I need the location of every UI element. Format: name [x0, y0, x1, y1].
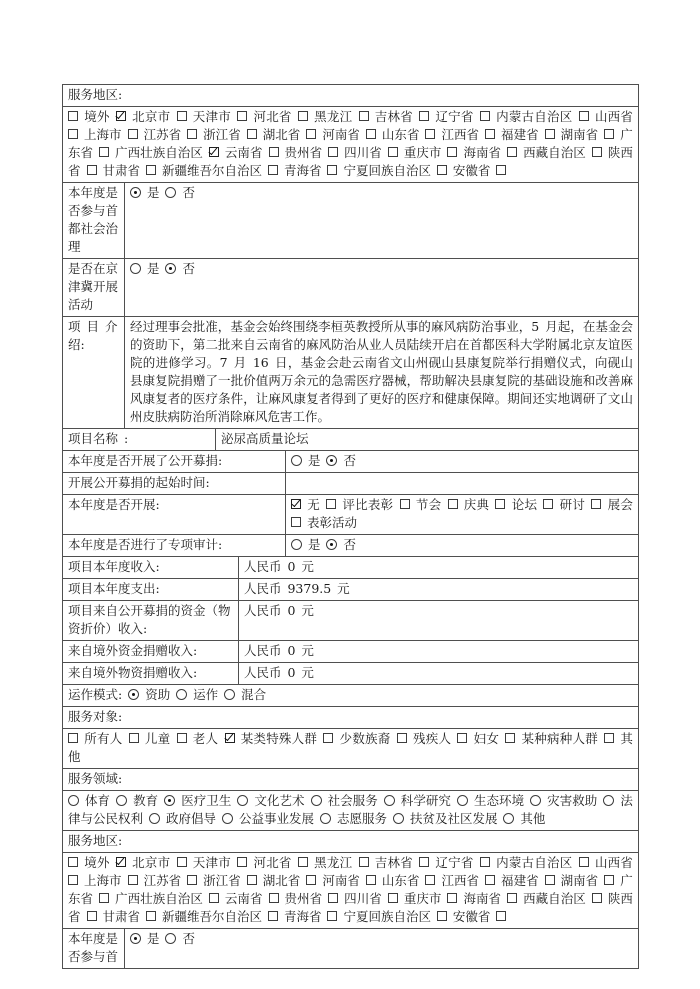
- public-fund-income-label: 项目来自公开募捐的资金（物资折价）收入:: [63, 601, 239, 640]
- operation-mode-options: 资助 运作 混合: [122, 687, 266, 702]
- overseas-goods-income-value: 人民币 0 元: [239, 663, 638, 684]
- row-income: 项目本年度收入: 人民币 0 元: [63, 556, 638, 578]
- checkbox-option: 福建省: [485, 127, 539, 142]
- checkbox-icon: [269, 893, 279, 903]
- checkbox-option: 境外: [68, 855, 110, 870]
- checkbox-icon: [187, 875, 197, 885]
- checkbox-option: 庆典: [448, 497, 490, 512]
- radio-icon: [457, 795, 468, 806]
- overseas-fund-income-label: 来自境外资金捐赠收入:: [63, 641, 239, 662]
- checkbox-option: 重庆市: [388, 145, 442, 160]
- radio-icon: [503, 813, 514, 824]
- checkbox-option: 某类特殊人群: [225, 731, 318, 746]
- row-project-intro: 项 目 介 绍: 经过理事会批准，基金会始终围绕李桓英教授所从事的麻风病防治事业…: [63, 316, 638, 428]
- checkbox-icon: [457, 733, 467, 743]
- checkbox-option: 新疆维吾尔自治区: [146, 909, 262, 924]
- checkbox-icon: [327, 911, 337, 921]
- option-label: 扶贫及社区发展: [410, 811, 498, 826]
- checkbox-icon: [326, 499, 336, 509]
- option-label: 展会: [608, 497, 633, 512]
- option-label: 境外: [84, 109, 109, 124]
- row-project-name: 项目名称 : 泌尿高质量论坛: [63, 428, 638, 450]
- checkbox-option: 内蒙古自治区: [480, 109, 573, 124]
- checkbox-icon: [419, 111, 429, 121]
- checkbox-option: 残疾人: [397, 731, 451, 746]
- public-fundraising-label: 本年度是否开展了公开募捐:: [63, 451, 286, 472]
- option-label: 运作: [193, 687, 218, 702]
- checkbox-option: 青海省: [268, 909, 322, 924]
- radio-option: 生态环境: [457, 793, 524, 808]
- checkbox-option: 浙江省: [187, 127, 241, 142]
- option-label: 表彰活动: [307, 515, 357, 530]
- radio-selected-icon: [130, 933, 141, 944]
- option-label: 云南省: [225, 145, 263, 160]
- checkbox-option: 黑龙江: [298, 855, 352, 870]
- checkbox-checked-icon: [225, 733, 235, 743]
- overseas-goods-income-label: 来自境外物资捐赠收入:: [63, 663, 239, 684]
- capital-governance-2-label: 本年度是否参与首: [63, 929, 125, 968]
- option-label: 所有人: [84, 731, 122, 746]
- option-label: 山东省: [382, 127, 420, 142]
- checkbox-option: 境外: [68, 109, 110, 124]
- radio-icon: [530, 795, 541, 806]
- option-label: 境外: [84, 855, 109, 870]
- checkbox-option: 山东省: [366, 127, 420, 142]
- radio-icon: [320, 813, 331, 824]
- checkbox-icon: [388, 147, 398, 157]
- checkbox-icon: [604, 733, 614, 743]
- radio-option: 扶贫及社区发展: [393, 811, 498, 826]
- checkbox-option: 表彰活动: [291, 515, 357, 530]
- option-label: 安徽省: [453, 909, 491, 924]
- option-label: 贵州省: [285, 891, 323, 906]
- checkbox-icon: [437, 165, 447, 175]
- checkbox-icon: [146, 911, 156, 921]
- checkbox-icon: [68, 111, 78, 121]
- checkbox-option: 内蒙古自治区: [480, 855, 573, 870]
- checkbox-option: 北京市: [116, 109, 170, 124]
- row-service-field-header: 服务领域:: [63, 768, 638, 790]
- radio-icon: [224, 689, 235, 700]
- radio-option: 是: [291, 537, 321, 552]
- service-target-label: 服务对象:: [63, 707, 638, 728]
- option-label: 混合: [241, 687, 266, 702]
- checkbox-icon: [146, 165, 156, 175]
- checkbox-icon: [388, 893, 398, 903]
- checkbox-icon: [177, 733, 187, 743]
- option-label: 内蒙古自治区: [496, 109, 572, 124]
- option-label: 浙江省: [203, 127, 241, 142]
- checkbox-option: 山西省: [579, 109, 633, 124]
- radio-option: 资助: [128, 687, 170, 702]
- option-label: 灾害救助: [547, 793, 597, 808]
- option-label: 否: [182, 261, 195, 276]
- checkbox-icon: [177, 857, 187, 867]
- row-service-field-options: 体育 教育 医疗卫生 文化艺术 社会服务 科学研究 生态环境 灾害救助 法律与公…: [63, 790, 638, 830]
- option-label: 江苏省: [144, 127, 182, 142]
- checkbox-icon: [604, 129, 614, 139]
- public-fundraising-value: 是 否: [286, 451, 638, 472]
- checkbox-icon: [68, 875, 78, 885]
- option-label: 福建省: [501, 873, 539, 888]
- radio-option: 体育: [68, 793, 110, 808]
- checkbox-option: 广西壮族自治区: [99, 145, 203, 160]
- checkbox-option: 河北省: [237, 855, 291, 870]
- checkbox-icon: [496, 911, 506, 921]
- checkbox-option: 云南省: [209, 145, 263, 160]
- checkbox-option: 少数族裔: [323, 731, 390, 746]
- operation-mode-label: 运作模式:: [68, 687, 122, 702]
- checkbox-option: 展会: [591, 497, 632, 512]
- radio-selected-icon: [165, 263, 176, 274]
- option-label: 无: [307, 497, 320, 512]
- radio-option: 是: [130, 185, 160, 200]
- option-label: 某类特殊人群: [241, 731, 317, 746]
- income-label: 项目本年度收入:: [63, 557, 239, 578]
- checkbox-checked-icon: [209, 147, 219, 157]
- checkbox-icon: [397, 733, 407, 743]
- checkbox-option: 安徽省: [437, 909, 491, 924]
- option-label: 福建省: [501, 127, 539, 142]
- row-service-area-2-options: 境外 北京市 天津市 河北省 黑龙江 吉林省 辽宁省 内蒙古自治区 山西省 上海…: [63, 852, 638, 928]
- checkbox-checked-icon: [116, 857, 126, 867]
- checkbox-icon: [237, 857, 247, 867]
- checkbox-icon: [328, 147, 338, 157]
- checkbox-option: 湖南省: [545, 873, 599, 888]
- checkbox-option: 海南省: [447, 891, 501, 906]
- option-label: 新疆维吾尔自治区: [162, 163, 262, 178]
- project-intro-label: 项 目 介 绍:: [63, 317, 125, 428]
- option-label: 体育: [85, 793, 110, 808]
- option-label: 山东省: [382, 873, 420, 888]
- row-public-fund-income: 项目来自公开募捐的资金（物资折价）收入: 人民币 0 元: [63, 600, 638, 640]
- checkbox-option: 天津市: [177, 109, 231, 124]
- capital-governance-2-value: 是 否: [125, 929, 638, 968]
- radio-icon: [68, 795, 79, 806]
- row-service-target-options: 所有人 儿童 老人 某类特殊人群 少数族裔 残疾人 妇女 某种病种人群 其他: [63, 728, 638, 768]
- fundraising-start-label: 开展公开募捐的起始时间:: [63, 473, 286, 494]
- radio-option: 灾害救助: [530, 793, 597, 808]
- project-name-label: 项目名称 :: [63, 429, 216, 450]
- checkbox-option: 甘肃省: [87, 909, 141, 924]
- checkbox-icon: [485, 129, 495, 139]
- row-special-audit: 本年度是否进行了专项审计: 是 否: [63, 534, 638, 556]
- checkbox-option: 河南省: [306, 127, 360, 142]
- checkbox-icon: [68, 129, 78, 139]
- option-label: 否: [182, 931, 195, 946]
- checkbox-icon: [591, 499, 601, 509]
- checkbox-option: 宁夏回族自治区: [327, 163, 431, 178]
- checkbox-icon: [298, 857, 308, 867]
- capital-governance-value: 是 否: [125, 183, 638, 258]
- checkbox-option: 评比表彰: [326, 497, 393, 512]
- service-field-options: 体育 教育 医疗卫生 文化艺术 社会服务 科学研究 生态环境 灾害救助 法律与公…: [63, 791, 638, 830]
- checkbox-option: 湖南省: [545, 127, 599, 142]
- service-area-1-options: 境外 北京市 天津市 河北省 黑龙江 吉林省 辽宁省 内蒙古自治区 山西省 上海…: [63, 107, 638, 182]
- document-page: { "form": { "service_area_1": { "label":…: [0, 0, 700, 989]
- option-label: 科学研究: [401, 793, 451, 808]
- checkbox-option: 上海市: [68, 127, 122, 142]
- checkbox-icon: [507, 147, 517, 157]
- checkbox-option: 江苏省: [128, 127, 182, 142]
- radio-option: 社会服务: [311, 793, 378, 808]
- checkbox-option: 西藏自治区: [507, 891, 586, 906]
- radio-selected-icon: [326, 539, 337, 550]
- checkbox-option: 云南省: [209, 891, 263, 906]
- special-audit-value: 是 否: [286, 535, 638, 556]
- option-label: 山西省: [595, 855, 633, 870]
- checkbox-option: 四川省: [328, 891, 382, 906]
- row-service-area-2-header: 服务地区:: [63, 830, 638, 852]
- checkbox-icon: [359, 857, 369, 867]
- option-label: 否: [182, 185, 195, 200]
- radio-icon: [291, 455, 302, 466]
- row-jjj-activity: 是否在京津冀开展活动 是 否: [63, 258, 638, 316]
- radio-icon: [165, 187, 176, 198]
- checkbox-icon: [505, 733, 515, 743]
- checkbox-icon: [366, 129, 376, 139]
- fundraising-start-value: [286, 473, 638, 494]
- option-label: 甘肃省: [102, 163, 140, 178]
- checkbox-icon: [268, 165, 278, 175]
- project-intro-text: 经过理事会批准，基金会始终围绕李桓英教授所从事的麻风病防治事业，5 月起，在基金…: [125, 317, 638, 428]
- option-label: 妇女: [474, 731, 499, 746]
- option-label: 吉林省: [375, 855, 413, 870]
- checkbox-option: 河北省: [237, 109, 291, 124]
- option-label: 辽宁省: [435, 855, 473, 870]
- row-service-area-1-header: 服务地区:: [63, 85, 638, 106]
- row-service-area-1-options: 境外 北京市 天津市 河北省 黑龙江 吉林省 辽宁省 内蒙古自治区 山西省 上海…: [63, 106, 638, 182]
- checkbox-icon: [419, 857, 429, 867]
- option-label: 是: [147, 931, 160, 946]
- checkbox-option: 辽宁省: [419, 855, 473, 870]
- radio-icon: [130, 263, 141, 274]
- option-label: 生态环境: [474, 793, 524, 808]
- checkbox-option: 安徽省: [437, 163, 491, 178]
- checkbox-option: 辽宁省: [419, 109, 473, 124]
- radio-option: 政府倡导: [149, 811, 216, 826]
- radio-icon: [291, 539, 302, 550]
- option-label: 安徽省: [453, 163, 491, 178]
- checkbox-checked-icon: [116, 111, 126, 121]
- option-label: 河北省: [253, 109, 291, 124]
- checkbox-option: 所有人: [68, 731, 122, 746]
- option-label: 是: [147, 261, 160, 276]
- option-label: 北京市: [132, 109, 170, 124]
- checkbox-option: 研讨: [543, 497, 585, 512]
- row-public-fundraising: 本年度是否开展了公开募捐: 是 否: [63, 450, 638, 472]
- checkbox-option: 宁夏回族自治区: [327, 909, 431, 924]
- service-area-2-label: 服务地区:: [63, 831, 638, 852]
- checkbox-icon: [425, 875, 435, 885]
- checkbox-option: [496, 909, 506, 924]
- checkbox-icon: [359, 111, 369, 121]
- checkbox-icon: [68, 733, 78, 743]
- option-label: 湖南省: [561, 127, 599, 142]
- option-label: 社会服务: [328, 793, 378, 808]
- radio-option: 科学研究: [384, 793, 451, 808]
- radio-option: 运作: [176, 687, 218, 702]
- checkbox-option: 江西省: [425, 127, 479, 142]
- option-label: 西藏自治区: [523, 145, 586, 160]
- radio-icon: [393, 813, 404, 824]
- checkbox-icon: [592, 893, 602, 903]
- option-label: 湖南省: [561, 873, 599, 888]
- checkbox-option: 海南省: [447, 145, 501, 160]
- option-label: 政府倡导: [166, 811, 216, 826]
- checkbox-icon: [545, 875, 555, 885]
- radio-option: 医疗卫生: [164, 793, 231, 808]
- radio-option: 是: [291, 453, 321, 468]
- radio-option: 否: [326, 537, 356, 552]
- radio-option: 是: [130, 261, 160, 276]
- checkbox-option: 湖北省: [247, 873, 301, 888]
- checkbox-option: 吉林省: [359, 855, 413, 870]
- option-label: 少数族裔: [340, 731, 391, 746]
- checkbox-option: 黑龙江: [298, 109, 352, 124]
- radio-icon: [311, 795, 322, 806]
- jjj-activity-label: 是否在京津冀开展活动: [63, 259, 125, 316]
- option-label: 上海市: [84, 127, 122, 142]
- option-label: 否: [343, 453, 356, 468]
- checkbox-icon: [485, 875, 495, 885]
- checkbox-icon: [237, 111, 247, 121]
- option-label: 否: [343, 537, 356, 552]
- checkbox-icon: [437, 911, 447, 921]
- radio-icon: [116, 795, 127, 806]
- checkbox-icon: [447, 147, 457, 157]
- option-label: 青海省: [284, 909, 322, 924]
- radio-icon: [384, 795, 395, 806]
- checkbox-option: 妇女: [457, 731, 499, 746]
- radio-option: 是: [130, 931, 160, 946]
- checkbox-checked-icon: [291, 499, 301, 509]
- checkbox-option: 节会: [400, 497, 442, 512]
- option-label: 河南省: [322, 873, 360, 888]
- checkbox-option: 山西省: [579, 855, 633, 870]
- service-area-1-label: 服务地区:: [63, 85, 638, 106]
- option-label: 公益事业发展: [239, 811, 314, 826]
- checkbox-icon: [448, 499, 458, 509]
- radio-selected-icon: [130, 187, 141, 198]
- option-label: 云南省: [225, 891, 263, 906]
- checkbox-option: 江苏省: [128, 873, 182, 888]
- option-label: 江西省: [441, 127, 479, 142]
- option-label: 是: [308, 453, 321, 468]
- public-fund-income-value: 人民币 0 元: [239, 601, 638, 640]
- checkbox-option: 新疆维吾尔自治区: [146, 163, 262, 178]
- radio-option: 志愿服务: [320, 811, 387, 826]
- checkbox-icon: [306, 875, 316, 885]
- checkbox-icon: [268, 911, 278, 921]
- checkbox-icon: [447, 893, 457, 903]
- option-label: 湖北省: [263, 127, 301, 142]
- checkbox-icon: [495, 499, 505, 509]
- option-label: 重庆市: [404, 145, 442, 160]
- radio-selected-icon: [326, 455, 337, 466]
- checkbox-icon: [128, 875, 138, 885]
- checkbox-option: 甘肃省: [87, 163, 141, 178]
- radio-option: 其他: [503, 811, 545, 826]
- activities-held-label: 本年度是否开展:: [63, 495, 286, 534]
- checkbox-icon: [128, 129, 138, 139]
- option-label: 河北省: [253, 855, 291, 870]
- annual-report-form-table: 服务地区: 境外 北京市 天津市 河北省 黑龙江 吉林省 辽宁省 内蒙古自治区 …: [62, 84, 639, 969]
- radio-icon: [165, 933, 176, 944]
- option-label: 是: [308, 537, 321, 552]
- overseas-fund-income-value: 人民币 0 元: [239, 641, 638, 662]
- checkbox-icon: [269, 147, 279, 157]
- option-label: 北京市: [132, 855, 170, 870]
- activities-held-value: 无 评比表彰 节会 庆典 论坛 研讨 展会 表彰活动: [286, 495, 638, 534]
- option-label: 新疆维吾尔自治区: [162, 909, 262, 924]
- checkbox-icon: [247, 129, 257, 139]
- option-label: 江苏省: [144, 873, 182, 888]
- checkbox-icon: [99, 893, 109, 903]
- checkbox-icon: [400, 499, 410, 509]
- checkbox-icon: [87, 911, 97, 921]
- option-label: 黑龙江: [314, 855, 352, 870]
- checkbox-icon: [68, 857, 78, 867]
- radio-option: 文化艺术: [237, 793, 304, 808]
- option-label: 山西省: [595, 109, 633, 124]
- option-label: 研讨: [560, 497, 586, 512]
- checkbox-option: 吉林省: [359, 109, 413, 124]
- radio-option: 否: [165, 931, 195, 946]
- option-label: 湖北省: [263, 873, 301, 888]
- option-label: 青海省: [284, 163, 322, 178]
- checkbox-option: 河南省: [306, 873, 360, 888]
- option-label: 评比表彰: [342, 497, 393, 512]
- checkbox-option: 上海市: [68, 873, 122, 888]
- row-capital-governance: 本年度是否参与首都社会治理 是 否: [63, 182, 638, 258]
- capital-governance-label: 本年度是否参与首都社会治理: [63, 183, 125, 258]
- row-activities-held: 本年度是否开展: 无 评比表彰 节会 庆典 论坛 研讨 展会 表彰活动: [63, 494, 638, 534]
- option-label: 文化艺术: [254, 793, 304, 808]
- checkbox-icon: [579, 111, 589, 121]
- checkbox-option: 江西省: [425, 873, 479, 888]
- checkbox-option: 某种病种人群: [505, 731, 598, 746]
- checkbox-option: 西藏自治区: [507, 145, 586, 160]
- checkbox-option: 老人: [177, 731, 219, 746]
- option-label: 宁夏回族自治区: [343, 909, 431, 924]
- option-label: 黑龙江: [314, 109, 352, 124]
- checkbox-icon: [543, 499, 553, 509]
- checkbox-option: 贵州省: [269, 145, 323, 160]
- checkbox-icon: [177, 111, 187, 121]
- option-label: 西藏自治区: [523, 891, 586, 906]
- checkbox-icon: [209, 893, 219, 903]
- row-service-target-header: 服务对象:: [63, 706, 638, 728]
- option-label: 节会: [416, 497, 442, 512]
- checkbox-option: 论坛: [495, 497, 537, 512]
- checkbox-icon: [129, 733, 139, 743]
- radio-option: 否: [165, 185, 195, 200]
- jjj-activity-value: 是 否: [125, 259, 638, 316]
- checkbox-option: 北京市: [116, 855, 170, 870]
- option-label: 某种病种人群: [522, 731, 598, 746]
- option-label: 是: [147, 185, 160, 200]
- radio-option: 否: [326, 453, 356, 468]
- option-label: 残疾人: [413, 731, 451, 746]
- service-field-label: 服务领域:: [63, 769, 638, 790]
- option-label: 浙江省: [203, 873, 241, 888]
- row-expense: 项目本年度支出: 人民币 9379.5 元: [63, 578, 638, 600]
- option-label: 老人: [193, 731, 218, 746]
- checkbox-icon: [328, 893, 338, 903]
- row-capital-governance-2: 本年度是否参与首 是 否: [63, 928, 638, 968]
- option-label: 海南省: [463, 891, 501, 906]
